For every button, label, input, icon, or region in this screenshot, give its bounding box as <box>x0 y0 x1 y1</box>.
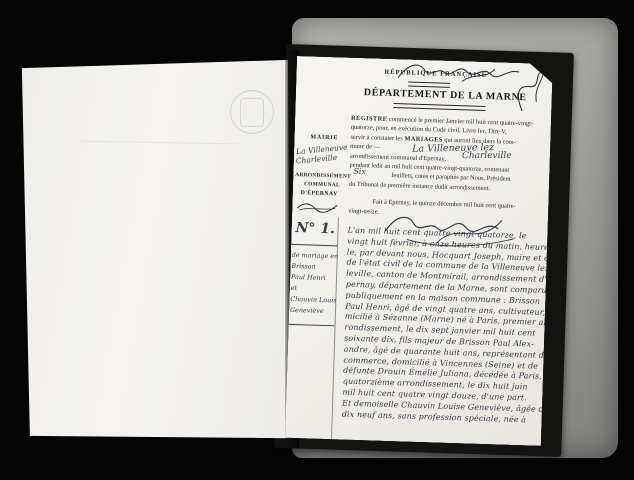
arrondissement-stamp-line: COMMUNAL <box>304 181 340 188</box>
act-body: L'an mil huit cent quatre vingt quatorze… <box>342 226 543 426</box>
arrondissement-stamp-line: ARRONDISSEMENT <box>295 172 351 180</box>
margin-note-line: Geneviève <box>290 305 336 317</box>
handwritten-feuillets-fillin: Six <box>353 167 366 176</box>
decorative-rule <box>393 103 485 111</box>
mairie-stamp: MAIRIE <box>310 134 338 141</box>
margin-note: de mariage entre Brisson Paul Henri et C… <box>290 250 338 317</box>
blank-left-page <box>18 56 294 446</box>
arrondissement-stamp-line: D'ÉPERNAY <box>301 190 338 197</box>
embossed-seal-icon <box>230 90 274 134</box>
register-right-page: RÉPUBLIQUE FRANÇAISE DÉPARTEMENT DE LA M… <box>285 56 553 446</box>
margin-note-line: Paul Henri <box>291 272 337 284</box>
header-departement: DÉPARTEMENT DE LA MARNE <box>364 87 527 103</box>
handwritten-commune-fillin: Charleville <box>462 151 512 161</box>
decorative-rule <box>408 82 450 88</box>
registre-preamble: REGISTRE commencé le premier Janvier mil… <box>349 114 545 195</box>
stamp-flourish-icon <box>295 200 339 213</box>
photo-background: RÉPUBLIQUE FRANÇAISE DÉPARTEMENT DE LA M… <box>0 0 634 480</box>
margin-divider <box>289 324 335 326</box>
closing-date-line: vingt-treize. <box>348 208 379 216</box>
page-crease <box>78 141 238 145</box>
act-number: N° 1. <box>295 220 335 237</box>
margin-divider <box>291 244 337 246</box>
